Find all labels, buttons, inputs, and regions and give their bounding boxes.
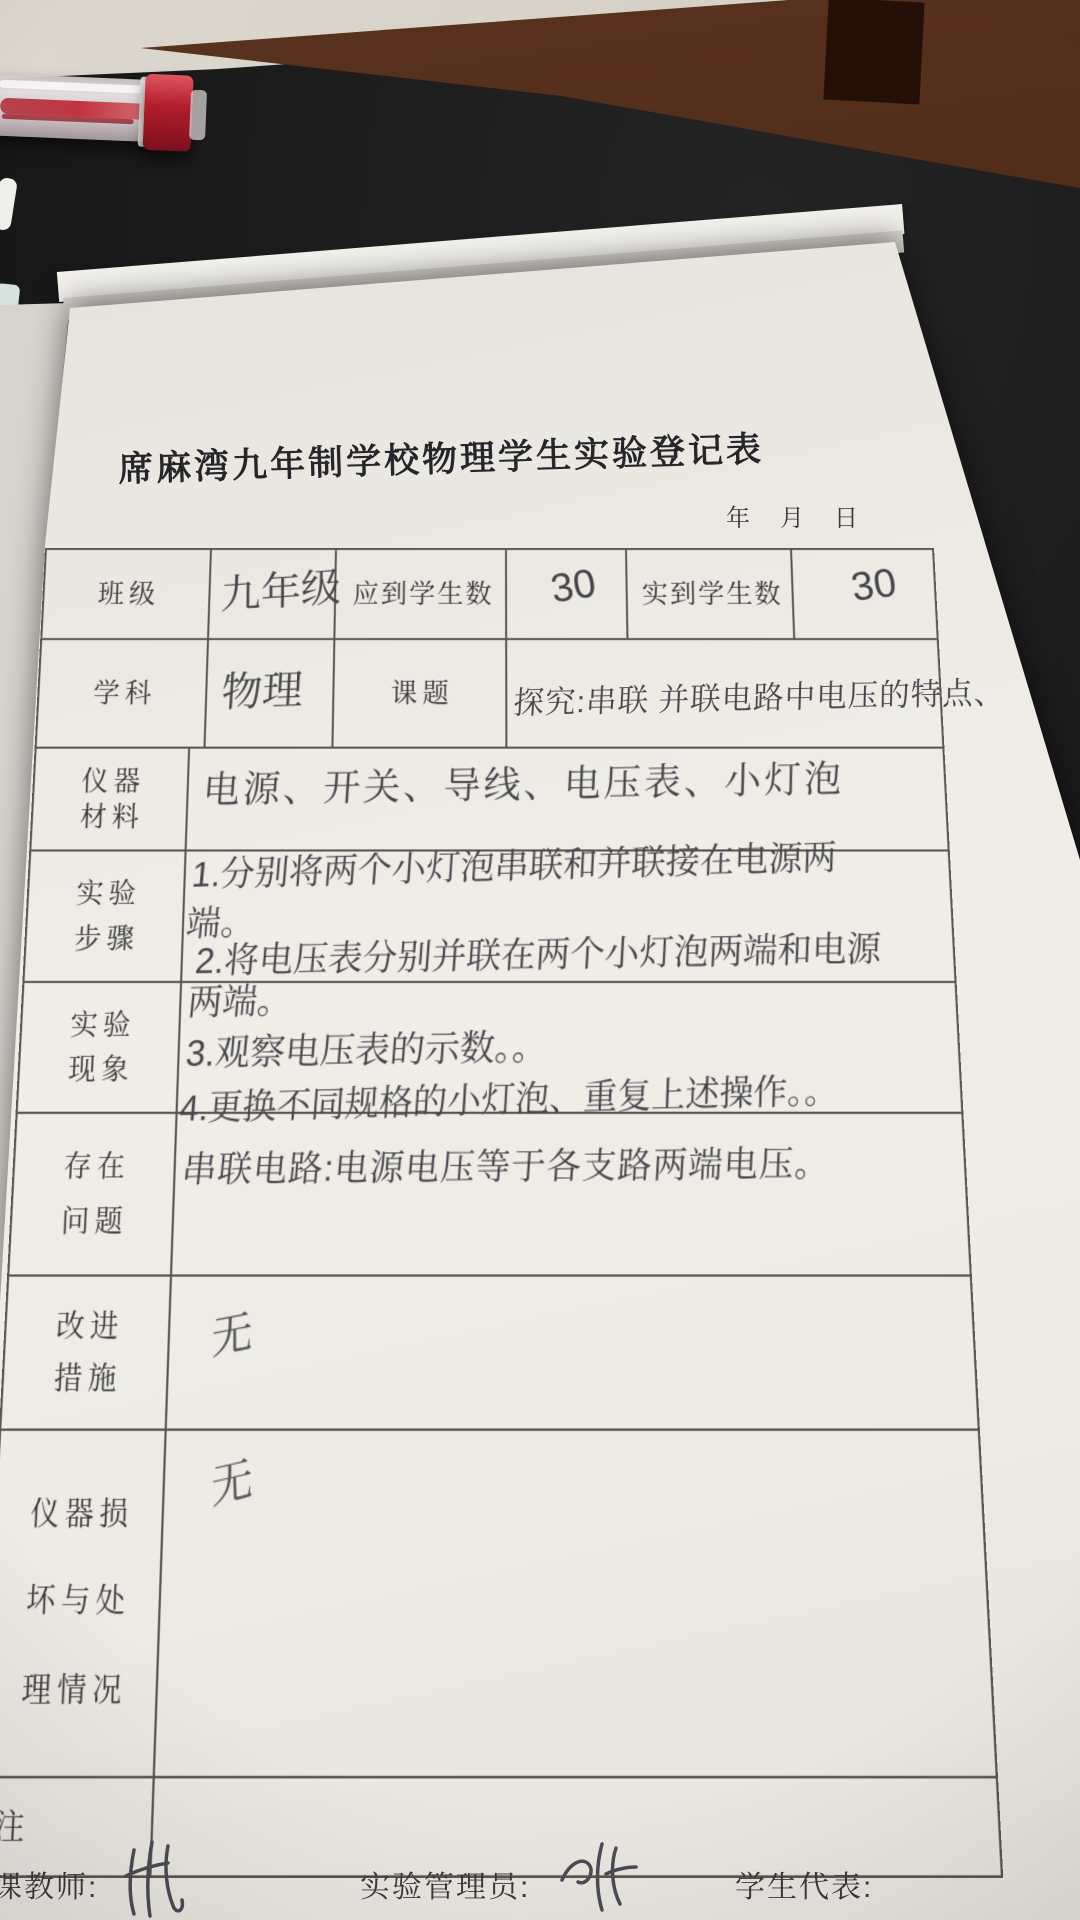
actual-count-label-cell: 实到学生数 — [627, 550, 795, 638]
registration-table: 班级 九年级 应到学生数 30 实到学生数 30 学科 物理 课题 探究:串联 … — [0, 548, 1003, 1878]
expected-count-label-cell: 应到学生数 — [335, 550, 507, 638]
month-label: 月 — [780, 505, 804, 532]
teacher-signature — [116, 1836, 204, 1920]
handwriting-expected-count: 30 — [548, 561, 599, 611]
topic-value-cell: 探究:串联 并联电路中电压的特点、 — [507, 640, 942, 747]
handwriting-topic-value: 探究:串联 并联电路中电压的特点、 — [512, 677, 1005, 721]
form-content: 席麻湾九年制学校物理学生实验登记表 年月日 班级 九年级 应到学生数 30 实到… — [0, 0, 1080, 1920]
handwriting-none: 无 — [211, 1309, 252, 1367]
signature-row: 课教师: 实验管理员: 学生代表: — [0, 1854, 1080, 1920]
improvement-value-cell: 无 — [167, 1277, 978, 1429]
row-materials: 仪器 材料 电源、开关、导线、电压表、小灯泡 — [31, 749, 947, 852]
improvement-label-cell: 改进 措施 — [1, 1277, 172, 1429]
expected-count-value-cell: 30 — [507, 550, 628, 638]
handwriting-step-3: 3.观察电压表的示数。。 — [184, 1027, 548, 1074]
class-label-cell: 班级 — [42, 550, 212, 638]
topic-label-cell: 课题 — [333, 640, 507, 747]
row-problems: 存在 问题 4.更换不同规格的小灯泡、重复上述操作。。 串联电路:电源电压等于各… — [9, 1114, 970, 1277]
handwriting-class-value: 九年级 — [220, 565, 341, 617]
year-label: 年 — [726, 505, 750, 532]
row-class: 班级 九年级 应到学生数 30 实到学生数 30 — [42, 550, 937, 640]
damage-value-cell: 无 — [155, 1431, 996, 1776]
day-label: 日 — [834, 505, 858, 532]
subject-value-cell: 物理 — [206, 640, 336, 747]
handwriting-step-2-cont: 两端。 — [186, 981, 294, 1023]
class-value-cell: 九年级 — [209, 550, 337, 638]
manager-signature — [550, 1836, 646, 1920]
handwriting-step-2: 2.将电压表分别并联在两个小灯泡两端和电源 — [193, 929, 881, 981]
handwriting-materials: 电源、开关、导线、电压表、小灯泡 — [201, 758, 844, 811]
manager-label: 实验管理员: — [360, 1862, 530, 1906]
materials-value-cell: 电源、开关、导线、电压表、小灯泡 — [187, 749, 948, 850]
row-steps: 实验 步骤 1.分别将两个小灯泡串联和并联接在电源两 端。 2.将电压表分别并联… — [24, 852, 954, 983]
handwriting-step-1-cont: 端。 — [185, 902, 257, 944]
materials-label-cell: 仪器 材料 — [31, 749, 190, 850]
problems-label-cell: 存在 问题 — [9, 1114, 177, 1274]
date-line: 年月日 — [726, 498, 858, 533]
teacher-label: 课教师: — [0, 1862, 98, 1906]
handwriting-none: 无 — [210, 1455, 253, 1516]
student-representative-label: 学生代表: — [735, 1862, 873, 1906]
row-improvement: 改进 措施 无 — [1, 1277, 978, 1431]
damage-label-cell: 仪器损 坏与处 理情况 — [0, 1431, 167, 1776]
handwriting-conclusion: 串联电路:电源电压等于各支路两端电压。 — [180, 1144, 831, 1190]
subject-label-cell: 学科 — [37, 640, 209, 747]
handwriting-subject-value: 物理 — [220, 668, 304, 716]
steps-value-cell: 1.分别将两个小灯泡串联和并联接在电源两 端。 2.将电压表分别并联在两个小灯泡… — [182, 852, 954, 981]
row-damage: 仪器损 坏与处 理情况 无 — [0, 1431, 996, 1779]
steps-label-cell: 实验 步骤 — [25, 852, 187, 981]
photo-of-experiment-form: 席麻湾九年制学校物理学生实验登记表 年月日 班级 九年级 应到学生数 30 实到… — [0, 0, 1080, 1920]
form-title: 席麻湾九年制学校物理学生实验登记表 — [117, 422, 764, 492]
row-subject: 学科 物理 课题 探究:串联 并联电路中电压的特点、 — [37, 640, 943, 749]
phenomena-label-cell: 实验 现象 — [18, 983, 182, 1112]
handwriting-actual-count: 30 — [848, 561, 899, 610]
problems-value-cell: 4.更换不同规格的小灯泡、重复上述操作。。 串联电路:电源电压等于各支路两端电压… — [172, 1114, 970, 1274]
actual-count-value-cell: 30 — [792, 550, 937, 638]
